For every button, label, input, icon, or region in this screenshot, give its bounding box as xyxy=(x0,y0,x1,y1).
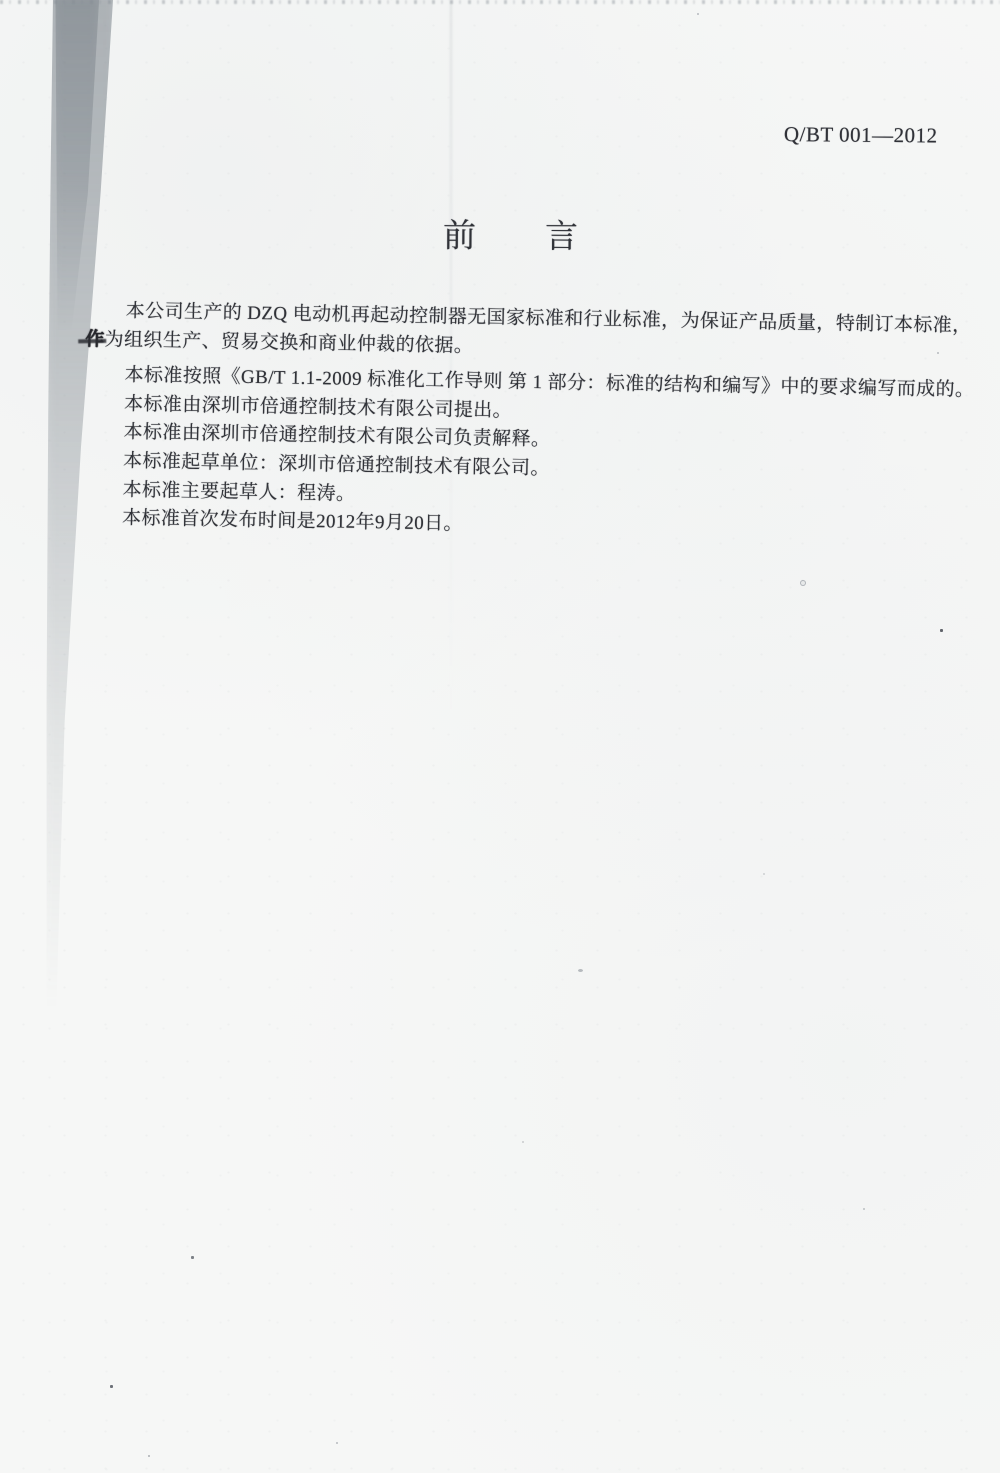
scan-edge-noise xyxy=(0,0,1000,4)
dust-speck xyxy=(697,13,699,15)
dust-speck xyxy=(522,1141,524,1143)
standard-number: Q/BT 001—2012 xyxy=(784,122,938,148)
smudged-character: 作 xyxy=(85,326,105,355)
dust-speck xyxy=(336,1442,338,1444)
line-text: 为组织生产、贸易交换和商业仲裁的依据。 xyxy=(104,329,473,357)
dust-speck xyxy=(863,1208,865,1210)
dust-speck xyxy=(148,1455,150,1457)
page-title: 前 言 xyxy=(0,207,1000,261)
dust-speck xyxy=(191,1256,194,1259)
dust-speck xyxy=(800,580,806,586)
foreword-body: 本公司生产的 DZQ 电动机再起动控制器无国家标准和行业标准，为保证产品质量，特… xyxy=(82,297,986,549)
dust-speck xyxy=(110,1385,113,1388)
scanned-document-page: Q/BT 001—2012 前 言 本公司生产的 DZQ 电动机再起动控制器无国… xyxy=(0,0,1000,1473)
dust-speck xyxy=(578,969,583,972)
dust-speck xyxy=(940,629,943,632)
dust-speck xyxy=(763,873,765,875)
